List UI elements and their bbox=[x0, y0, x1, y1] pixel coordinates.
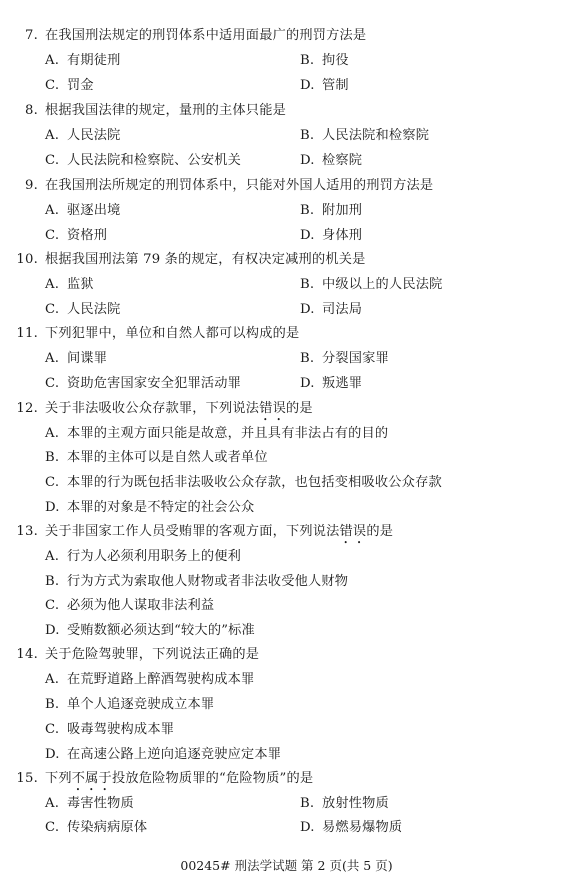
question-number: 13. bbox=[0, 522, 38, 542]
page-footer: 00245# 刑法学试题 第 2 页(共 5 页) bbox=[0, 856, 573, 876]
question-number: 8. bbox=[0, 101, 38, 121]
option-d: D.管制 bbox=[300, 76, 349, 96]
option-b: B.行为方式为索取他人财物或者非法收受他人财物 bbox=[45, 572, 348, 592]
option-c: C.罚金 bbox=[45, 76, 94, 96]
option-d: D.检察院 bbox=[300, 151, 362, 171]
option-c: C.人民法院和检察院、公安机关 bbox=[45, 151, 241, 171]
option-a: A.本罪的主观方面只能是故意，并且具有非法占有的目的 bbox=[45, 424, 388, 444]
question-number: 9. bbox=[0, 176, 38, 196]
option-b: B.分裂国家罪 bbox=[300, 349, 389, 369]
option-a: A.监狱 bbox=[45, 275, 94, 295]
option-d: D.受贿数额必须达到“较大的”标准 bbox=[45, 621, 255, 641]
question-text: 关于非国家工作人员受贿罪的客观方面，下列说法错误的是 bbox=[45, 522, 393, 547]
option-c: C.资格刑 bbox=[45, 226, 107, 246]
option-c: C.人民法院 bbox=[45, 300, 121, 320]
question-text: 下列不属于投放危险物质罪的“危险物质”的是 bbox=[45, 769, 313, 794]
option-d: D.本罪的对象是不特定的社会公众 bbox=[45, 498, 254, 518]
option-d: D.易燃易爆物质 bbox=[300, 818, 402, 838]
emphasis-text: 错误 bbox=[259, 401, 286, 416]
question-number: 12. bbox=[0, 399, 38, 419]
question-text: 关于危险驾驶罪，下列说法正确的是 bbox=[45, 645, 259, 665]
question-number: 15. bbox=[0, 769, 38, 789]
option-a: A.驱逐出境 bbox=[45, 201, 121, 221]
question-text: 在我国刑法规定的刑罚体系中适用面最广的刑罚方法是 bbox=[45, 26, 366, 46]
question-text: 下列犯罪中，单位和自然人都可以构成的是 bbox=[45, 324, 299, 344]
option-c: C.传染病病原体 bbox=[45, 818, 147, 838]
option-a: A.有期徒刑 bbox=[45, 51, 121, 71]
option-b: B.人民法院和检察院 bbox=[300, 126, 429, 146]
option-b: B.单个人追逐竞驶成立本罪 bbox=[45, 695, 214, 715]
question-number: 10. bbox=[0, 250, 38, 270]
question-text: 根据我国法律的规定，量刑的主体只能是 bbox=[45, 101, 286, 121]
option-c: C.必须为他人谋取非法利益 bbox=[45, 596, 214, 616]
question-number: 14. bbox=[0, 645, 38, 665]
question-text: 根据我国刑法第 79 条的规定，有权决定减刑的机关是 bbox=[45, 250, 366, 270]
option-c: C.本罪的行为既包括非法吸收公众存款，也包括变相吸收公众存款 bbox=[45, 473, 442, 493]
option-d: D.在高速公路上逆向追逐竞驶应定本罪 bbox=[45, 745, 281, 765]
exam-page: 7. 在我国刑法规定的刑罚体系中适用面最广的刑罚方法是 A.有期徒刑 B.拘役 … bbox=[0, 0, 573, 888]
option-a: A.在荒野道路上醉酒驾驶构成本罪 bbox=[45, 670, 254, 690]
option-d: D.叛逃罪 bbox=[300, 374, 362, 394]
option-b: B.本罪的主体可以是自然人或者单位 bbox=[45, 448, 268, 468]
emphasis-text: 错误 bbox=[340, 524, 367, 539]
question-text: 关于非法吸收公众存款罪，下列说法错误的是 bbox=[45, 399, 313, 424]
option-a: A.人民法院 bbox=[45, 126, 121, 146]
option-d: D.身体刑 bbox=[300, 226, 362, 246]
option-a: A.毒害性物质 bbox=[45, 794, 134, 814]
option-b: B.放射性物质 bbox=[300, 794, 389, 814]
question-number: 11. bbox=[0, 324, 38, 344]
question-text: 在我国刑法所规定的刑罚体系中，只能对外国人适用的刑罚方法是 bbox=[45, 176, 433, 196]
option-d: D.司法局 bbox=[300, 300, 362, 320]
emphasis-text: 不属于 bbox=[72, 771, 112, 786]
option-a: A.行为人必须利用职务上的便利 bbox=[45, 547, 241, 567]
option-b: B.中级以上的人民法院 bbox=[300, 275, 443, 295]
option-a: A.间谍罪 bbox=[45, 349, 107, 369]
option-c: C.资助危害国家安全犯罪活动罪 bbox=[45, 374, 241, 394]
option-c: C.吸毒驾驶构成本罪 bbox=[45, 720, 174, 740]
question-number: 7. bbox=[0, 26, 38, 46]
option-b: B.附加刑 bbox=[300, 201, 362, 221]
option-b: B.拘役 bbox=[300, 51, 349, 71]
